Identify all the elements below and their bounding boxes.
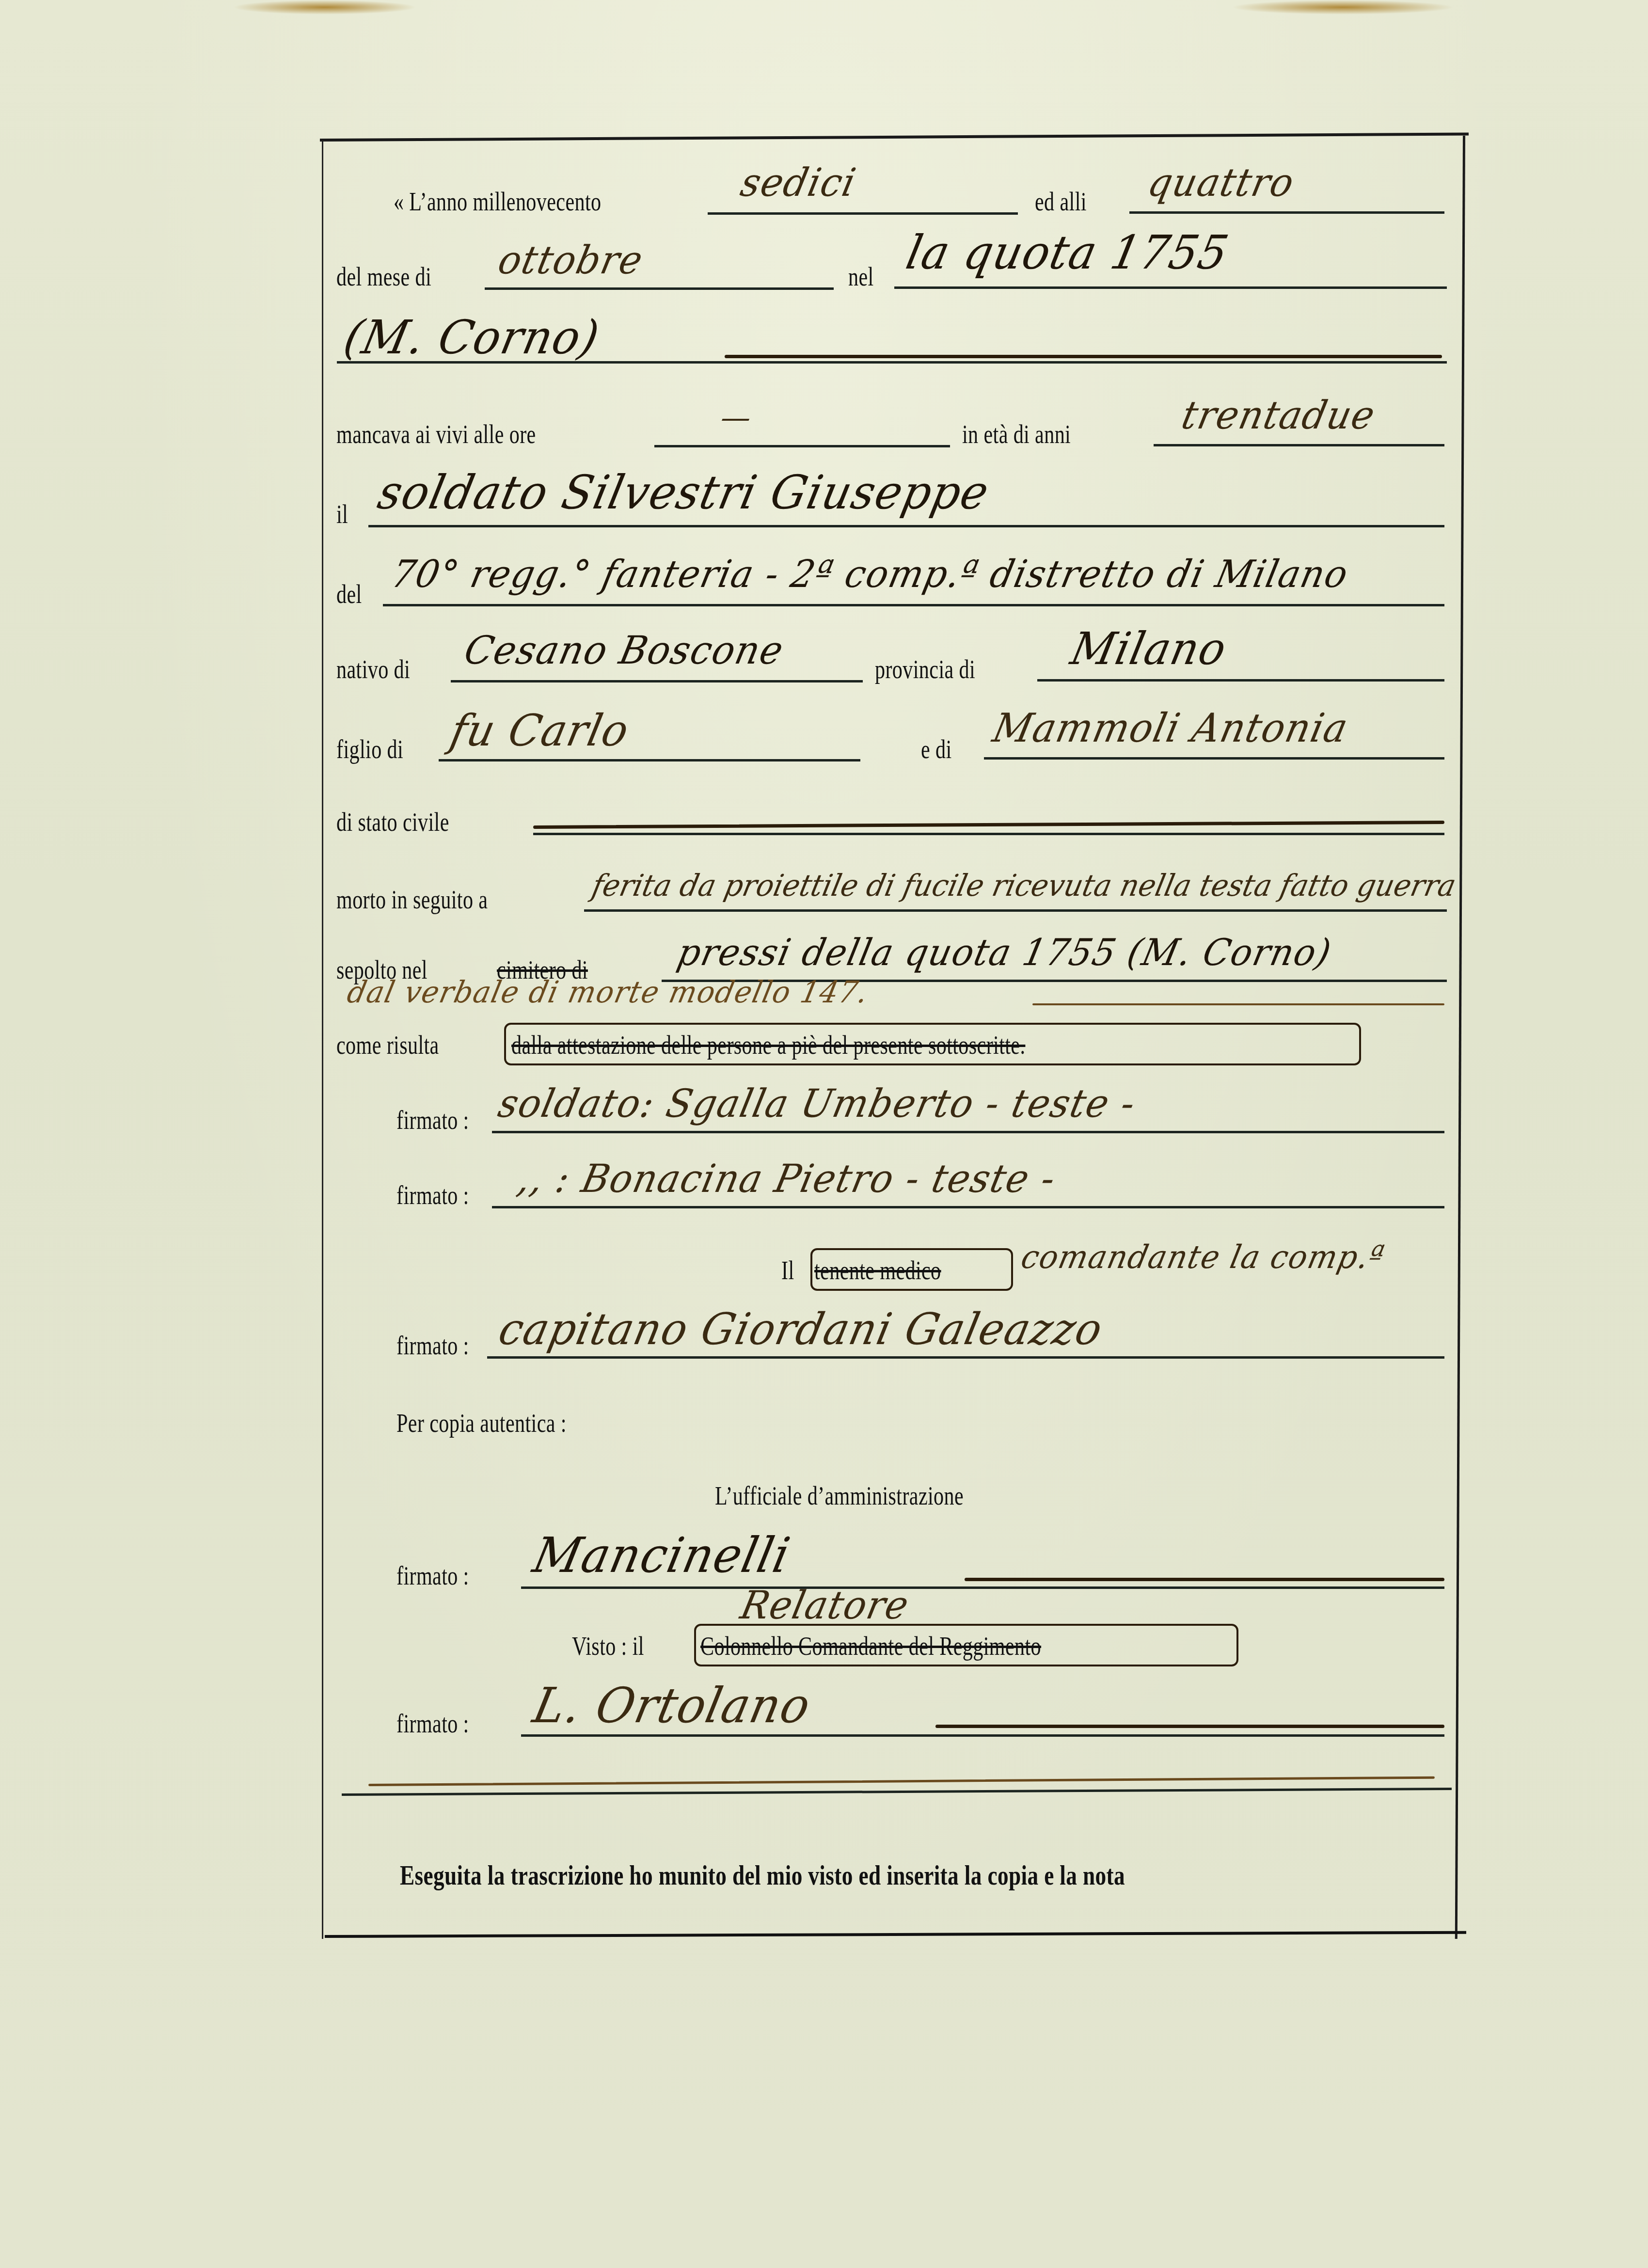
rule-mese (485, 287, 834, 290)
rule-provincia (1037, 679, 1444, 682)
row-copia: Per copia autentica : (0, 1386, 1648, 1444)
rule-luogo (894, 286, 1447, 289)
value-madre: Mammoli Antonia (989, 705, 1352, 751)
value-firmato-3: capitano Giordani Galeazzo (494, 1304, 1108, 1355)
frame-bottom-border (325, 1931, 1466, 1938)
row-figlio: figlio di fu Carlo e di Mammoli Antonia (0, 713, 1648, 771)
label-firmato-1: firmato : (396, 1105, 469, 1135)
value-firmato-4: Mancinelli (528, 1527, 795, 1584)
rule-anno (708, 212, 1018, 215)
value-mese: ottobre (494, 238, 648, 283)
label-figlio: figlio di (336, 734, 403, 764)
strike-box-attestazione (504, 1023, 1361, 1065)
value-luogo-cont: (M. Corno) (339, 310, 604, 365)
rule-madre (984, 757, 1444, 760)
filler-stroke-stato-civile (533, 821, 1444, 829)
paper-stain-right (1231, 0, 1454, 15)
filler-stroke (725, 355, 1442, 358)
row-firmato-5: firmato : L. Ortolano (0, 1687, 1648, 1745)
row-visto: Visto : il Colonnello Comandante del Reg… (0, 1609, 1648, 1667)
value-nativo: Cesano Boscone (460, 628, 788, 673)
value-giorno: quattro (1144, 160, 1299, 205)
rule-padre (439, 759, 860, 761)
row-trascrizione: Eseguita la trascrizione ho munito del m… (0, 1837, 1648, 1895)
row-ore: mancava ai vivi alle ore — in età di ann… (0, 397, 1648, 456)
rule-firmato-1 (492, 1131, 1444, 1133)
label-del: del (336, 579, 362, 609)
label-mese: del mese di (336, 262, 431, 292)
rule-morto (584, 909, 1447, 912)
rule-eta (1154, 444, 1444, 446)
row-anno: « L’anno millenovecento sedici ed alli q… (0, 165, 1648, 223)
strike-box-tenente (810, 1248, 1013, 1291)
value-eta: trentadue (1178, 393, 1379, 438)
row-tenente: Il tenente medico comandante la comp.ª (0, 1234, 1648, 1292)
value-ore: — (717, 400, 755, 436)
rule-stato-civile (533, 833, 1444, 835)
value-verbale: dal verbale di morte modello 147. (344, 974, 872, 1010)
rule-firmato-3 (487, 1356, 1444, 1359)
row-ufficiale: L’ufficiale d’amministrazione (0, 1459, 1648, 1517)
value-padre: fu Carlo (446, 705, 634, 756)
label-firmato-5: firmato : (396, 1709, 469, 1739)
value-luogo: la quota 1755 (902, 225, 1234, 280)
label-visto: Visto : il (572, 1631, 644, 1661)
rule-reparto (383, 604, 1444, 606)
row-risulta: come risulta dalla attestazione delle pe… (0, 1008, 1648, 1066)
rule-nativo (451, 680, 863, 682)
label-ore: mancava ai vivi alle ore (336, 419, 536, 449)
rule-giorno (1129, 211, 1444, 214)
label-il-tenente: Il (781, 1255, 794, 1285)
row-nativo: nativo di Cesano Boscone provincia di Mi… (0, 633, 1648, 691)
label-eta: in età di anni (962, 419, 1071, 449)
value-nome: soldato Silvestri Giuseppe (373, 465, 994, 520)
label-morto: morto in seguito a (336, 885, 488, 915)
rule-firmato-5 (521, 1734, 1444, 1737)
row-chiusura (0, 1755, 1648, 1813)
rule-firmato-4 (521, 1586, 1444, 1589)
rule-firmato-2 (492, 1206, 1444, 1208)
label-firmato-3: firmato : (396, 1331, 469, 1361)
row-firmato-3: firmato : capitano Giordani Galeazzo (0, 1309, 1648, 1367)
strike-box-colonnello (694, 1624, 1238, 1666)
rule-ore (654, 445, 950, 447)
filler-stroke-firmato-5 (935, 1725, 1444, 1728)
label-firmato-2: firmato : (396, 1180, 469, 1210)
label-ufficiale: L’ufficiale d’amministrazione (715, 1481, 964, 1511)
row-morto: morto in seguito a ferita da proiettile … (0, 863, 1648, 921)
row-firmato-2: firmato : ,, : Bonacina Pietro - teste - (0, 1158, 1648, 1217)
rule-chiusura (342, 1788, 1452, 1796)
value-tenente: comandante la comp.ª (1018, 1238, 1388, 1276)
label-anno: « L’anno millenovecento (394, 187, 602, 217)
row-mese: del mese di ottobre nel la quota 1755 (0, 240, 1648, 298)
filler-stroke-chiusura (368, 1776, 1435, 1786)
paper-stain-left (233, 0, 417, 15)
label-nel: nel (848, 262, 874, 292)
value-firmato-1: soldato: Sgalla Umberto - teste - (494, 1081, 1140, 1126)
value-sepolto: pressi della quota 1755 (M. Corno) (674, 931, 1335, 974)
value-morto: ferita da proiettile di fucile ricevuta … (589, 868, 1459, 903)
label-nativo: nativo di (336, 654, 410, 684)
filler-stroke-verbale (1032, 1003, 1444, 1005)
row-stato-civile: di stato civile (0, 785, 1648, 843)
row-nome: il soldato Silvestri Giuseppe (0, 477, 1648, 536)
label-il: il (336, 499, 348, 529)
value-provincia: Milano (1066, 623, 1232, 675)
rule-nome (368, 525, 1444, 527)
row-firmato-1: firmato : soldato: Sgalla Umberto - test… (0, 1083, 1648, 1142)
row-reparto: del 70° regg.° fanteria - 2ª comp.ª dist… (0, 557, 1648, 616)
value-anno: sedici (737, 160, 860, 205)
label-firmato-4: firmato : (396, 1561, 469, 1591)
label-ed-alli: ed alli (1035, 187, 1087, 217)
label-provincia: provincia di (875, 654, 975, 684)
row-firmato-4: firmato : Mancinelli Relatore (0, 1539, 1648, 1597)
value-firmato-2: ,, : Bonacina Pietro - teste - (514, 1156, 1060, 1201)
label-stato-civile: di stato civile (336, 807, 449, 837)
label-copia-autentica: Per copia autentica : (396, 1408, 567, 1438)
filler-stroke-firmato-4 (965, 1578, 1444, 1581)
value-firmato-5: L. Ortolano (528, 1677, 816, 1734)
label-risulta: come risulta (336, 1030, 439, 1060)
frame-top-border (320, 133, 1469, 142)
label-e-di: e di (921, 734, 952, 764)
row-luogo-cont: (M. Corno) (0, 315, 1648, 373)
label-trascrizione: Eseguita la trascrizione ho munito del m… (400, 1859, 1125, 1891)
value-reparto: 70° regg.° fanteria - 2ª comp.ª distrett… (388, 553, 1352, 596)
